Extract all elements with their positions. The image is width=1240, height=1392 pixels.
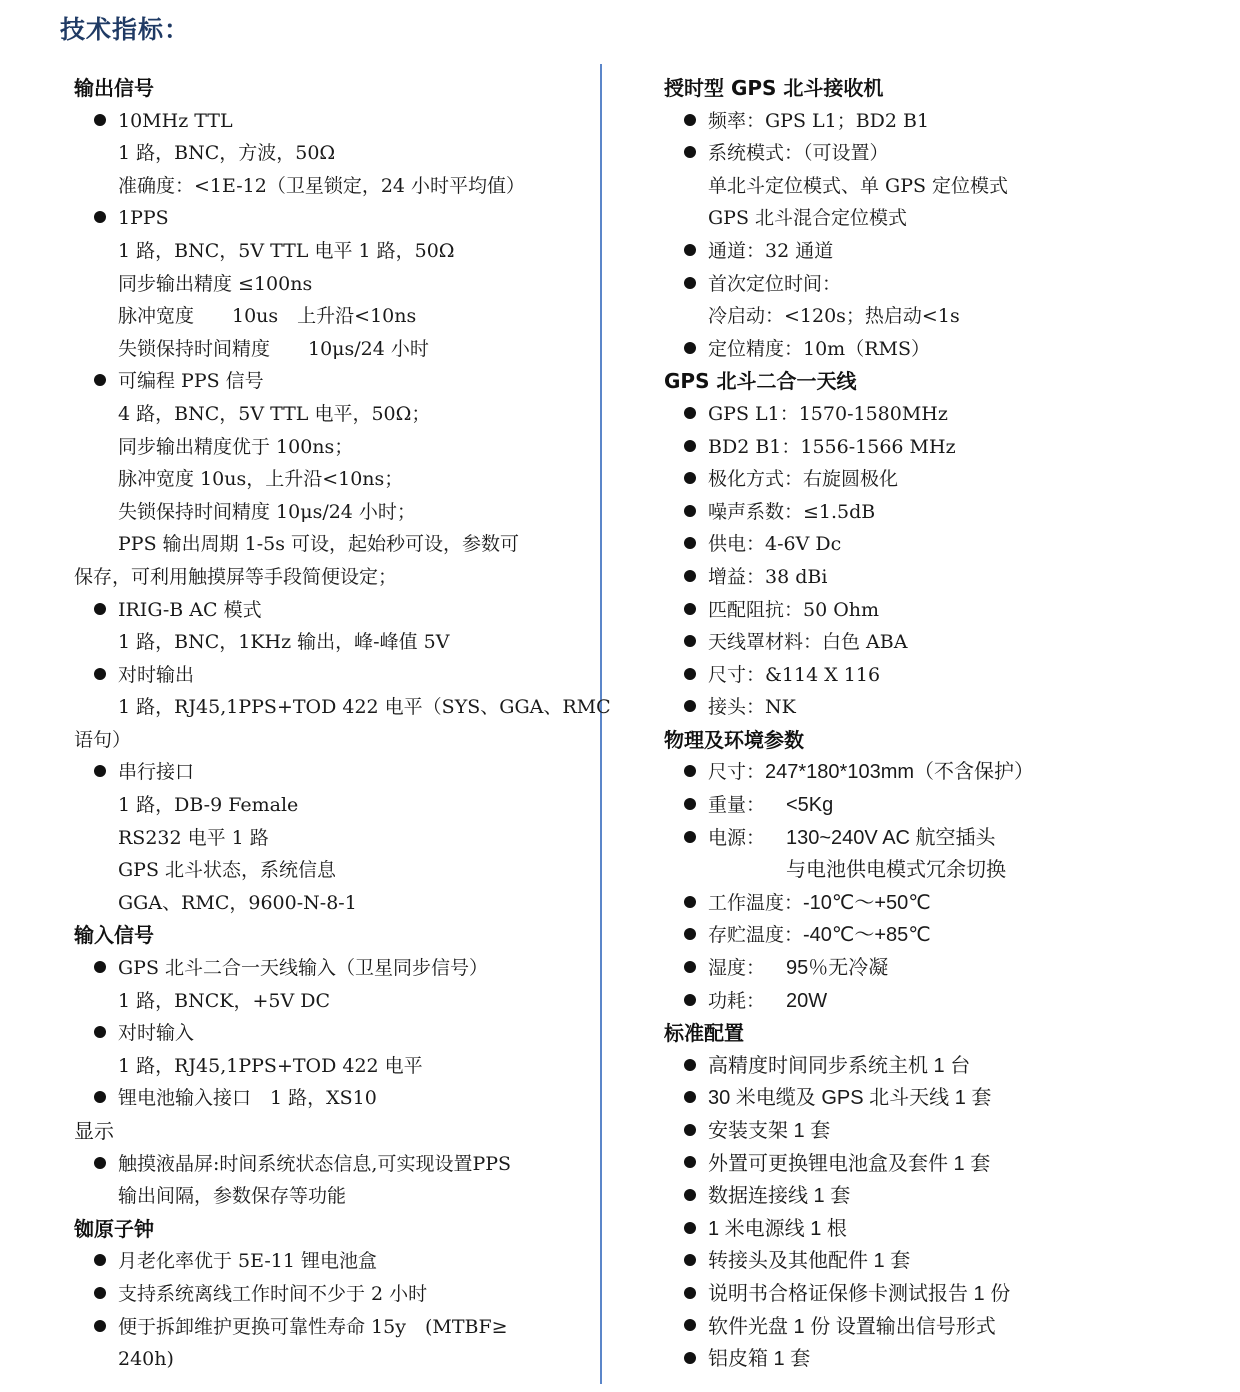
bullet-icon bbox=[684, 277, 696, 289]
bullet-icon bbox=[684, 961, 696, 973]
bullet-icon bbox=[684, 994, 696, 1006]
detail-line: 失锁保持时间精度 10μs/24 小时； bbox=[74, 496, 584, 529]
detail-line: 与电池供电模式冗余切换 bbox=[664, 854, 1224, 887]
list-item: 存贮温度：-40℃～+85℃ bbox=[664, 919, 1224, 952]
list-item: 支持系统离线工作时间不少于 2 小时 bbox=[74, 1278, 584, 1311]
list-item: GPS L1：1570-1580MHz bbox=[664, 398, 1224, 431]
detail-line: 冷启动：<120s；热启动<1s bbox=[664, 300, 1224, 333]
list-item: 天线罩材料：白色 ABA bbox=[664, 626, 1224, 659]
list-item: 1PPS bbox=[74, 202, 584, 235]
bullet-icon bbox=[684, 146, 696, 158]
detail-line: 1 路，RJ45,1PPS+TOD 422 电平（SYS、GGA、RMC bbox=[74, 691, 584, 724]
list-item: 软件光盘 1 份 设置输出信号形式 bbox=[664, 1311, 1224, 1344]
bullet-icon bbox=[684, 1222, 696, 1234]
list-item: 1 米电源线 1 根 bbox=[664, 1213, 1224, 1246]
list-item: 10MHz TTL bbox=[74, 105, 584, 138]
bullet-icon bbox=[684, 928, 696, 940]
list-item: 重量：<5Kg bbox=[664, 789, 1224, 822]
page-title: 技术指标： bbox=[60, 10, 190, 46]
detail-line: 240h) bbox=[74, 1343, 584, 1376]
detail-line: 1 路，BNC，方波，50Ω bbox=[74, 137, 584, 170]
bullet-icon bbox=[684, 635, 696, 647]
detail-line: PPS 输出周期 1-5s 可设，起始秒可设，参数可 bbox=[74, 528, 584, 561]
detail-line: 失锁保持时间精度 10μs/24 小时 bbox=[74, 333, 584, 366]
list-item: BD2 B1：1556-1566 MHz bbox=[664, 431, 1224, 464]
list-item: 增益：38 dBi bbox=[664, 561, 1224, 594]
column-divider bbox=[600, 64, 602, 1384]
section-heading-antenna: GPS 北斗二合一天线 bbox=[664, 365, 1224, 398]
bullet-icon bbox=[684, 603, 696, 615]
bullet-icon bbox=[684, 1254, 696, 1266]
bullet-icon bbox=[684, 1319, 696, 1331]
bullet-icon bbox=[684, 114, 696, 126]
bullet-icon bbox=[684, 700, 696, 712]
list-item: 电源：130~240V AC 航空插头 bbox=[664, 822, 1224, 855]
section-heading-receiver: 授时型 GPS 北斗接收机 bbox=[664, 72, 1224, 105]
bullet-icon bbox=[684, 1287, 696, 1299]
bullet-icon bbox=[684, 798, 696, 810]
bullet-icon bbox=[684, 1124, 696, 1136]
bullet-icon bbox=[684, 244, 696, 256]
detail-line: 1 路，DB-9 Female bbox=[74, 789, 584, 822]
bullet-icon bbox=[94, 1091, 106, 1103]
list-item: 可编程 PPS 信号 bbox=[74, 365, 584, 398]
section-heading-display: 显示 bbox=[74, 1115, 584, 1148]
list-item: 数据连接线 1 套 bbox=[664, 1180, 1224, 1213]
list-item: 功耗：20W bbox=[664, 985, 1224, 1018]
list-item: 极化方式：右旋圆极化 bbox=[664, 463, 1224, 496]
detail-line: 1 路，BNC，5V TTL 电平 1 路，50Ω bbox=[74, 235, 584, 268]
list-item: 对时输出 bbox=[74, 659, 584, 692]
list-item: 锂电池输入接口 1 路，XS10 bbox=[74, 1082, 584, 1115]
list-item: 月老化率优于 5E-11 锂电池盒 bbox=[74, 1245, 584, 1278]
detail-line: 输出间隔，参数保存等功能 bbox=[74, 1180, 584, 1213]
list-item: 尺寸：247*180*103mm（不含保护） bbox=[664, 756, 1224, 789]
bullet-icon bbox=[684, 472, 696, 484]
detail-line: GPS 北斗状态，系统信息 bbox=[74, 854, 584, 887]
bullet-icon bbox=[94, 668, 106, 680]
bullet-icon bbox=[94, 374, 106, 386]
list-item: 串行接口 bbox=[74, 756, 584, 789]
list-item: 匹配阻抗：50 Ohm bbox=[664, 594, 1224, 627]
list-item: 说明书合格证保修卡测试报告 1 份 bbox=[664, 1278, 1224, 1311]
bullet-icon bbox=[684, 1156, 696, 1168]
section-heading-standard-config: 标准配置 bbox=[664, 1017, 1224, 1050]
list-item: GPS 北斗二合一天线输入（卫星同步信号） bbox=[74, 952, 584, 985]
list-item: 噪声系数：≤1.5dB bbox=[664, 496, 1224, 529]
list-item: 对时输入 bbox=[74, 1017, 584, 1050]
list-item: 首次定位时间： bbox=[664, 268, 1224, 301]
bullet-icon bbox=[684, 1059, 696, 1071]
section-heading-input-signal: 输入信号 bbox=[74, 919, 584, 952]
list-item: 30 米电缆及 GPS 北斗天线 1 套 bbox=[664, 1082, 1224, 1115]
list-item: 高精度时间同步系统主机 1 台 bbox=[664, 1050, 1224, 1083]
list-item: 转接头及其他配件 1 套 bbox=[664, 1245, 1224, 1278]
bullet-icon bbox=[94, 603, 106, 615]
bullet-icon bbox=[94, 1026, 106, 1038]
bullet-icon bbox=[684, 570, 696, 582]
bullet-icon bbox=[684, 440, 696, 452]
section-heading-rubidium-clock: 铷原子钟 bbox=[74, 1213, 584, 1246]
list-item: 通道：32 通道 bbox=[664, 235, 1224, 268]
detail-line: 4 路，BNC，5V TTL 电平，50Ω； bbox=[74, 398, 584, 431]
list-item: 尺寸：&114 X 116 bbox=[664, 659, 1224, 692]
bullet-icon bbox=[94, 1157, 106, 1169]
bullet-icon bbox=[94, 961, 106, 973]
detail-line: GGA、RMC，9600-N-8-1 bbox=[74, 887, 584, 920]
detail-line: 1 路，RJ45,1PPS+TOD 422 电平 bbox=[74, 1050, 584, 1083]
detail-line: GPS 北斗混合定位模式 bbox=[664, 202, 1224, 235]
bullet-icon bbox=[684, 537, 696, 549]
list-item: 便于拆卸维护更换可靠性寿命 15y (MTBF≥ bbox=[74, 1311, 584, 1344]
detail-line: 准确度：<1E-12（卫星锁定，24 小时平均值） bbox=[74, 170, 584, 203]
section-heading-physical: 物理及环境参数 bbox=[664, 724, 1224, 757]
bullet-icon bbox=[684, 765, 696, 777]
list-item: 工作温度：-10℃～+50℃ bbox=[664, 887, 1224, 920]
bullet-icon bbox=[684, 831, 696, 843]
bullet-icon bbox=[684, 1091, 696, 1103]
bullet-icon bbox=[94, 1287, 106, 1299]
left-column: 输出信号 10MHz TTL 1 路，BNC，方波，50Ω 准确度：<1E-12… bbox=[74, 72, 584, 1376]
list-item: 湿度：95％无冷凝 bbox=[664, 952, 1224, 985]
section-heading-output-signal: 输出信号 bbox=[74, 72, 584, 105]
bullet-icon bbox=[684, 342, 696, 354]
list-item: 频率：GPS L1；BD2 B1 bbox=[664, 105, 1224, 138]
bullet-icon bbox=[684, 407, 696, 419]
detail-line: 1 路，BNC，1KHz 输出，峰-峰值 5V bbox=[74, 626, 584, 659]
detail-line: 同步输出精度优于 100ns； bbox=[74, 431, 584, 464]
bullet-icon bbox=[684, 1352, 696, 1364]
bullet-icon bbox=[684, 1189, 696, 1201]
bullet-icon bbox=[94, 1254, 106, 1266]
detail-line: 1 路，BNCK，+5V DC bbox=[74, 985, 584, 1018]
list-item: 安装支架 1 套 bbox=[664, 1115, 1224, 1148]
bullet-icon bbox=[94, 211, 106, 223]
detail-line: 同步输出精度 ≤100ns bbox=[74, 268, 584, 301]
detail-line: 脉冲宽度 10us 上升沿<10ns bbox=[74, 300, 584, 333]
bullet-icon bbox=[94, 765, 106, 777]
detail-line: 语句） bbox=[74, 724, 584, 757]
bullet-icon bbox=[684, 505, 696, 517]
detail-line: 脉冲宽度 10us，上升沿<10ns； bbox=[74, 463, 584, 496]
bullet-icon bbox=[684, 896, 696, 908]
list-item: 触摸液晶屏:时间系统状态信息,可实现设置PPS bbox=[74, 1148, 584, 1181]
bullet-icon bbox=[94, 114, 106, 126]
list-item: 接头：NK bbox=[664, 691, 1224, 724]
detail-line: 单北斗定位模式、单 GPS 定位模式 bbox=[664, 170, 1224, 203]
list-item: 铝皮箱 1 套 bbox=[664, 1343, 1224, 1376]
list-item: 外置可更换锂电池盒及套件 1 套 bbox=[664, 1148, 1224, 1181]
right-column: 授时型 GPS 北斗接收机 频率：GPS L1；BD2 B1 系统模式：（可设置… bbox=[664, 72, 1224, 1376]
list-item: 定位精度：10m（RMS） bbox=[664, 333, 1224, 366]
list-item: 供电：4-6V Dc bbox=[664, 528, 1224, 561]
detail-line: RS232 电平 1 路 bbox=[74, 822, 584, 855]
bullet-icon bbox=[94, 1320, 106, 1332]
detail-line: 保存，可利用触摸屏等手段简便设定； bbox=[74, 561, 584, 594]
list-item: IRIG-B AC 模式 bbox=[74, 594, 584, 627]
bullet-icon bbox=[684, 668, 696, 680]
list-item: 系统模式：（可设置） bbox=[664, 137, 1224, 170]
